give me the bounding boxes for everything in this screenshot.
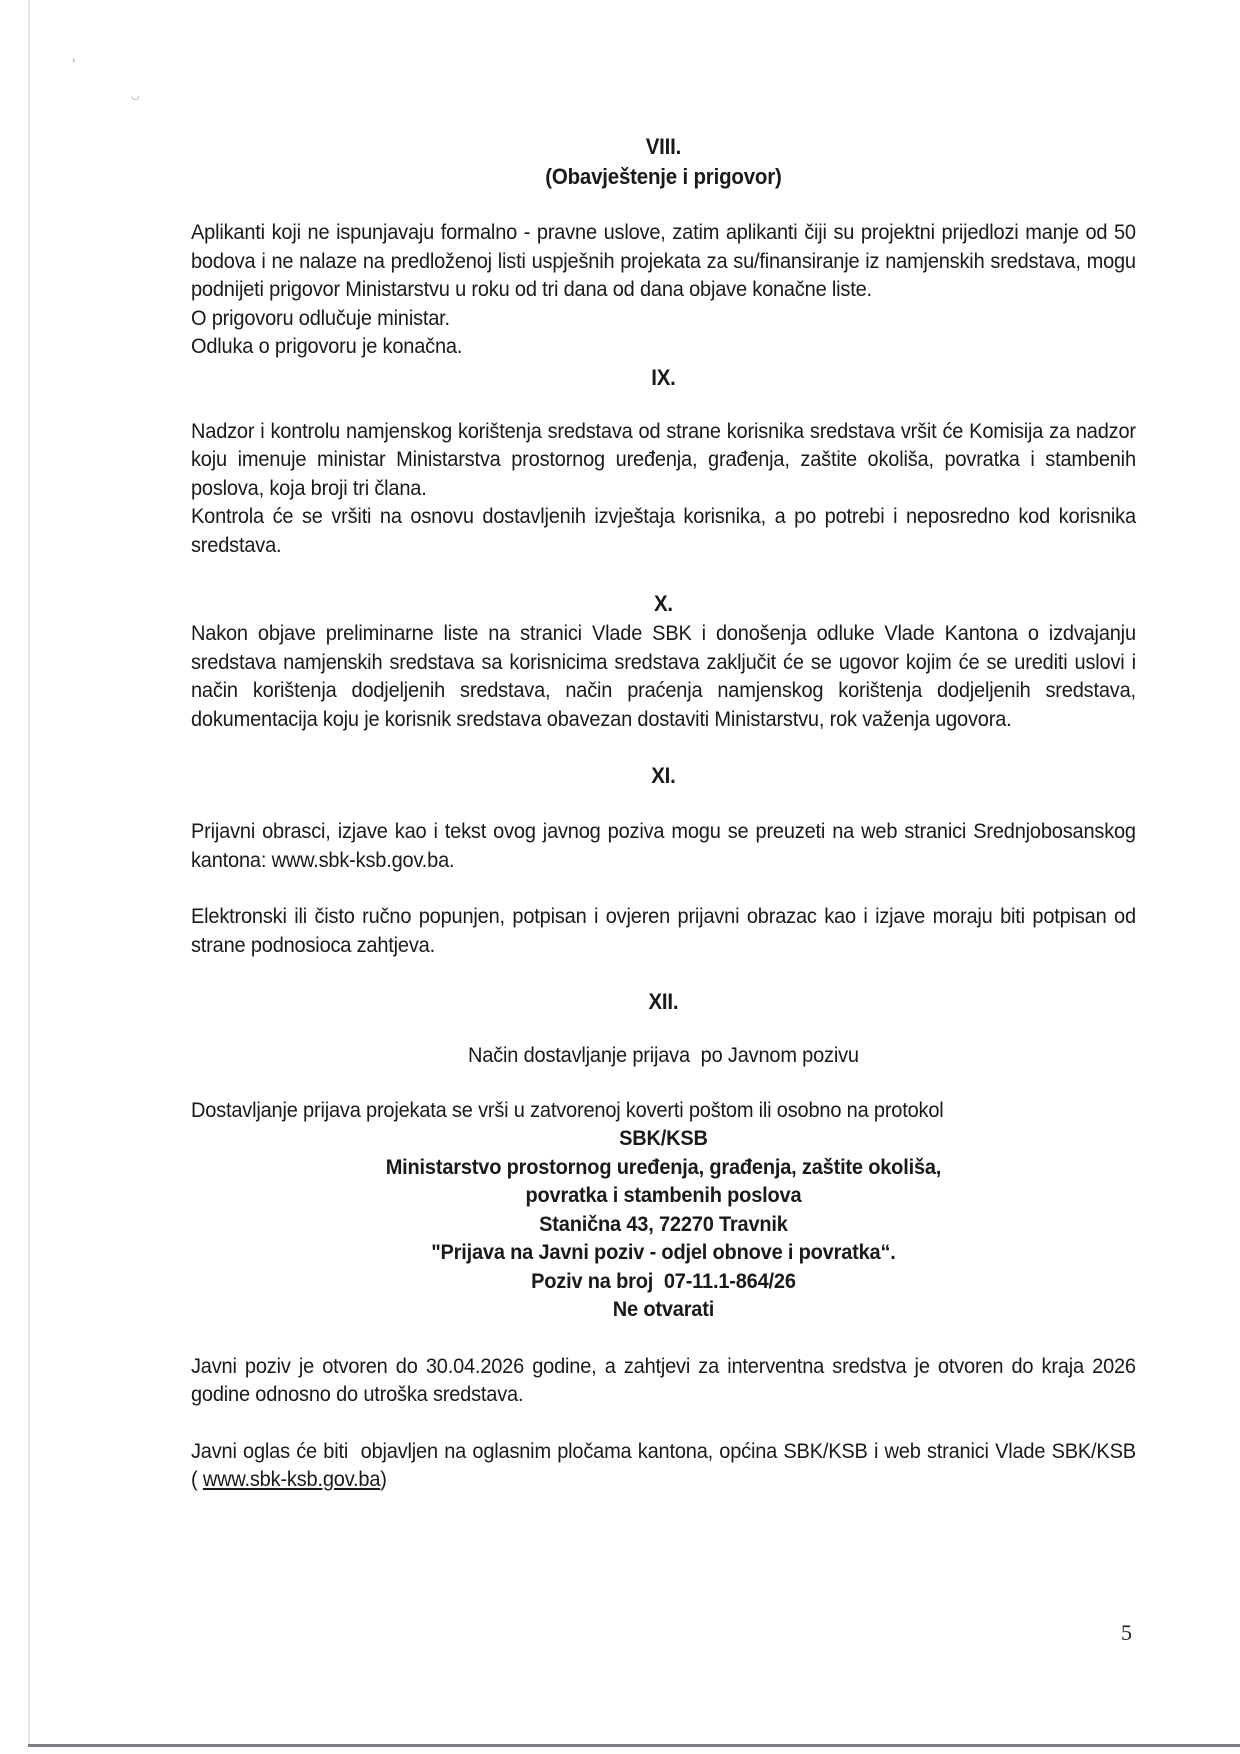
page-edge-left: [28, 0, 30, 1746]
paragraph: Aplikanti koji ne ispunjavaju formalno -…: [191, 218, 1136, 304]
section-title: (Obavještenje i prigovor): [191, 162, 1136, 192]
address-line: "Prijava na Javni poziv - odjel obnove i…: [191, 1238, 1136, 1267]
publication-paragraph: Javni oglas će biti objavljen na oglasni…: [191, 1437, 1136, 1494]
address-line: Poziv na broj 07-11.1-864/26: [191, 1267, 1136, 1296]
address-line: Ministarstvo prostornog uređenja, građen…: [191, 1153, 1136, 1182]
document-body: VIII. (Obavještenje i prigovor) Aplikant…: [191, 132, 1136, 1494]
section-number: VIII.: [191, 132, 1136, 162]
section-x: X. Nakon objave preliminarne liste na st…: [191, 589, 1136, 733]
scan-speck: ◡: [131, 92, 140, 102]
paragraph: Prijavni obrasci, izjave kao i tekst ovo…: [191, 817, 1136, 874]
paragraph-line: O prigovoru odlučuje ministar.: [191, 304, 1136, 333]
address-line: SBK/KSB: [191, 1124, 1136, 1153]
publication-close: ): [380, 1467, 386, 1491]
deadline-paragraph: Javni poziv je otvoren do 30.04.2026 god…: [191, 1352, 1136, 1409]
paragraph: Elektronski ili čisto ručno popunjen, po…: [191, 902, 1136, 959]
page-edge-bottom: [28, 1744, 1240, 1747]
section-number: XII.: [191, 987, 1136, 1017]
section-ix: IX. Nadzor i kontrolu namjenskog korište…: [191, 363, 1136, 560]
delivery-address: SBK/KSB Ministarstvo prostornog uređenja…: [191, 1124, 1136, 1324]
address-line: Stanična 43, 72270 Travnik: [191, 1210, 1136, 1239]
section-xii: XII. Način dostavljanje prijava po Javno…: [191, 987, 1136, 1494]
section-number: X.: [191, 589, 1136, 619]
section-number: IX.: [191, 363, 1136, 393]
paragraph-line: Odluka o prigovoru je konačna.: [191, 332, 1136, 361]
section-viii: VIII. (Obavještenje i prigovor) Aplikant…: [191, 132, 1136, 361]
page-number: 5: [1121, 1620, 1132, 1646]
paragraph: Nadzor i kontrolu namjenskog korištenja …: [191, 417, 1136, 503]
address-line: povratka i stambenih poslova: [191, 1181, 1136, 1210]
address-line: Ne otvarati: [191, 1295, 1136, 1324]
section-number: XI.: [191, 761, 1136, 791]
section-xi: XI. Prijavni obrasci, izjave kao i tekst…: [191, 761, 1136, 959]
website-link[interactable]: www.sbk-ksb.gov.ba: [203, 1467, 380, 1491]
scan-speck: ›: [72, 56, 75, 66]
paragraph: Dostavljanje prijava projekata se vrši u…: [191, 1096, 1136, 1125]
section-title: Način dostavljanje prijava po Javnom poz…: [191, 1041, 1136, 1070]
paragraph: Kontrola će se vršiti na osnovu dostavlj…: [191, 502, 1136, 559]
paragraph: Nakon objave preliminarne liste na stran…: [191, 619, 1136, 733]
